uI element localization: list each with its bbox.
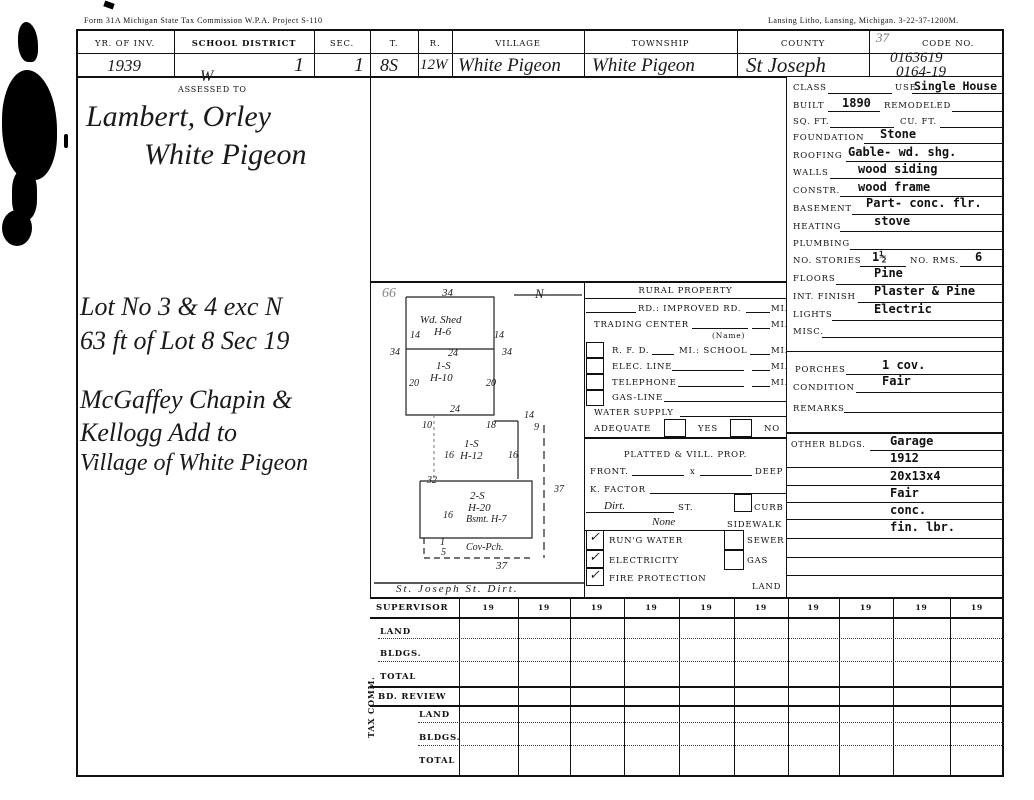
label-yes: YES	[698, 424, 718, 434]
legal-line: Village of White Pigeon	[80, 450, 308, 477]
label-deep: DEEP	[755, 467, 783, 477]
lights-value[interactable]: Electric	[874, 302, 932, 316]
label-mi: MI.	[771, 362, 788, 372]
label-t: T.	[370, 39, 418, 49]
year-header: 19	[459, 603, 518, 612]
printer-note: Lansing Litho, Lansing, Michigan. 3-22-3…	[768, 16, 959, 25]
township-value[interactable]: White Pigeon	[592, 55, 695, 77]
dim: 5	[441, 547, 446, 558]
label-no-rms: NO. RMS.	[910, 256, 959, 266]
label-basement: BASEMENT	[793, 204, 852, 214]
label-sidewalk: SIDEWALK	[727, 520, 782, 530]
legal-line: Kellogg Add to	[80, 418, 237, 448]
column-divider	[734, 599, 735, 777]
column-divider	[839, 599, 840, 777]
other-bldgs-line[interactable]: 1912	[890, 451, 919, 465]
label-gas: GAS	[747, 556, 768, 566]
label-constr: CONSTR.	[793, 186, 840, 196]
label-heating: HEATING	[793, 222, 841, 232]
check-mark: ✓	[589, 529, 600, 545]
legal-line: 63 ft of Lot 8 Sec 19	[80, 326, 289, 356]
other-bldgs-line[interactable]: 20x13x4	[890, 469, 941, 483]
label-adequate: ADEQUATE	[594, 424, 651, 434]
adequate-yes-checkbox[interactable]	[664, 419, 686, 437]
label-mi-school: MI.: SCHOOL	[679, 346, 747, 356]
label-mi: MI.	[771, 320, 788, 330]
label-tax-comm: TAX COMM.	[366, 698, 376, 738]
legal-line: Lot No 3 & 4 exc N	[80, 292, 282, 322]
column-divider	[679, 599, 680, 777]
label-supervisor: SUPERVISOR	[376, 603, 448, 613]
rural-title: RURAL PROPERTY	[585, 286, 786, 296]
label-rfd: R. F. D.	[612, 346, 649, 356]
column-divider	[518, 599, 519, 777]
label-yr-of-inv: YR. OF INV.	[76, 39, 174, 49]
dim: 9	[534, 422, 539, 433]
label-class: CLASS	[793, 83, 827, 93]
stories-value[interactable]: 1½	[872, 250, 886, 264]
dim: 24	[448, 348, 458, 359]
gas-line-checkbox[interactable]	[586, 390, 604, 406]
other-bldgs-line[interactable]: Garage	[890, 434, 933, 448]
label-remodeled: REMODELED	[884, 101, 951, 111]
sketch-corner: 66	[382, 286, 396, 302]
year-header: 19	[518, 603, 570, 612]
adequate-no-checkbox[interactable]	[730, 419, 752, 437]
column-divider	[788, 599, 789, 777]
condition-value[interactable]: Fair	[882, 374, 911, 388]
label-rd-improved: RD.: IMPROVED RD.	[638, 304, 741, 314]
label-land: LAND	[752, 582, 781, 592]
label-misc: MISC.	[793, 327, 824, 337]
code-note: 37	[876, 30, 889, 46]
label-int-finish: INT. FINISH	[793, 292, 856, 302]
label-fire-protection: FIRE PROTECTION	[609, 574, 706, 584]
label-built: BUILT	[793, 101, 824, 111]
label-floors: FLOORS	[793, 274, 836, 284]
label-condition: CONDITION	[793, 383, 855, 393]
dim: 14	[494, 330, 504, 341]
label-running-water: RUN'G WATER	[609, 536, 683, 546]
dim: 34	[442, 287, 453, 299]
form-title: Form 31A Michigan State Tax Commission W…	[84, 16, 323, 25]
room-label: 2-S	[470, 490, 485, 502]
r-value[interactable]: 12W	[420, 57, 448, 74]
other-bldgs-line[interactable]: Fair	[890, 486, 919, 500]
label-front: FRONT.	[590, 467, 629, 477]
heating-value[interactable]: stove	[874, 214, 910, 228]
label-plumbing: PLUMBING	[793, 239, 850, 249]
roofing-value[interactable]: Gable- wd. shg.	[848, 145, 956, 159]
room-height: H-6	[434, 326, 451, 338]
label-water-supply: WATER SUPPLY	[594, 408, 674, 418]
label-lights: LIGHTS	[793, 310, 833, 320]
room-label: 1-S	[436, 360, 451, 372]
label-tax-total: TOTAL	[419, 756, 455, 766]
label-no-stories: NO. STORIES	[793, 256, 861, 266]
year-header: 19	[839, 603, 893, 612]
year-value[interactable]: 1939	[84, 56, 164, 76]
dim: 34	[502, 347, 512, 358]
label-electricity: ELECTRICITY	[609, 556, 679, 566]
label-tax-land: LAND	[419, 710, 450, 720]
label-mi: MI.	[771, 378, 788, 388]
label-roofing: ROOFING	[793, 151, 842, 161]
label-walls: WALLS	[793, 168, 829, 178]
column-divider	[570, 599, 571, 777]
label-mi: MI.	[771, 304, 788, 314]
dim: 34	[390, 347, 400, 358]
check-mark: ✓	[589, 567, 600, 583]
label-bd-review: BD. REVIEW	[378, 692, 446, 702]
dim: 37	[496, 560, 507, 572]
label-k-factor: K. FACTOR	[590, 485, 646, 495]
elec-line-checkbox[interactable]	[586, 358, 604, 374]
dim: 37	[554, 484, 564, 495]
dim: 16	[443, 510, 453, 521]
dim: 14	[410, 330, 420, 341]
assessed-place[interactable]: White Pigeon	[144, 138, 306, 172]
label-total: TOTAL	[380, 672, 416, 682]
label-cu-ft: CU. FT.	[900, 117, 937, 127]
room-label: 1-S	[464, 438, 479, 450]
check-mark: ✓	[589, 549, 600, 565]
floors-value[interactable]: Pine	[874, 266, 903, 280]
year-header: 19	[893, 603, 950, 612]
column-divider	[624, 599, 625, 777]
label-x: x	[690, 467, 696, 477]
dim: 16	[444, 450, 454, 461]
dim: 20	[409, 378, 419, 389]
label-county: COUNTY	[737, 39, 869, 49]
label-tax-bldgs: BLDGS.	[419, 733, 460, 743]
rfd-checkbox[interactable]	[586, 342, 604, 358]
telephone-checkbox[interactable]	[586, 374, 604, 390]
school-district-value[interactable]: 1	[294, 54, 304, 77]
label-bldgs: BLDGS.	[380, 649, 421, 659]
label-land: LAND	[380, 627, 411, 637]
other-bldgs-line[interactable]: conc.	[890, 503, 926, 517]
year-header: 19	[734, 603, 788, 612]
foundation-value[interactable]: Stone	[880, 127, 916, 141]
label-gas-line: GAS-LINE	[612, 393, 663, 403]
year-header: 19	[570, 603, 624, 612]
label-sq-ft: SQ. FT.	[793, 117, 829, 127]
label-township: TOWNSHIP	[584, 39, 737, 49]
room-label: Wd. Shed	[420, 314, 462, 326]
label-elec-line: ELEC. LINE	[612, 362, 672, 372]
label-name-hint: (Name)	[712, 331, 745, 340]
label-telephone: TELEPHONE	[612, 378, 677, 388]
label-mi: MI.	[771, 346, 788, 356]
label-curb: CURB	[754, 503, 784, 513]
label-remarks: REMARKS	[793, 404, 845, 414]
basement-value[interactable]: Part- conc. flr.	[866, 196, 982, 210]
constr-value[interactable]: wood frame	[858, 180, 930, 194]
int-finish-value[interactable]: Plaster & Pine	[874, 284, 975, 298]
walls-value[interactable]: wood siding	[858, 162, 937, 176]
dim: 32	[427, 475, 437, 486]
use-value[interactable]: Single House	[914, 79, 997, 93]
room-height: H-12	[460, 450, 483, 462]
room-height: H-10	[430, 372, 453, 384]
curb-checkbox[interactable]	[734, 494, 752, 512]
label-no: NO	[764, 424, 780, 434]
dim: 24	[450, 404, 460, 415]
village-value[interactable]: White Pigeon	[458, 55, 561, 77]
label-village: VILLAGE	[452, 39, 584, 49]
room-height: H-20	[468, 502, 491, 514]
t-value[interactable]: 8S	[380, 55, 398, 76]
year-header: 19	[679, 603, 734, 612]
year-header: 19	[788, 603, 839, 612]
sec-value[interactable]: 1	[354, 54, 364, 77]
label-other-bldgs: OTHER BLDGS.	[791, 440, 866, 449]
label-st: ST.	[678, 503, 693, 513]
year-header: 19	[624, 603, 679, 612]
built-value[interactable]: 1890	[842, 96, 871, 110]
street-label: St. Joseph St. Dirt.	[396, 583, 519, 595]
sewer-checkbox[interactable]	[724, 530, 744, 550]
label-porches: PORCHES	[795, 365, 846, 375]
legal-line: McGaffey Chapin &	[80, 385, 292, 415]
assessed-name[interactable]: Lambert, Orley	[86, 100, 271, 134]
other-bldgs-line[interactable]: fin. lbr.	[890, 520, 955, 534]
column-divider	[893, 599, 894, 777]
label-assessed-to: ASSESSED TO	[178, 85, 247, 94]
rooms-value[interactable]: 6	[975, 250, 982, 264]
north-marker: N	[535, 286, 544, 302]
gas-checkbox[interactable]	[724, 550, 744, 570]
dim: 14	[524, 410, 534, 421]
porches-value[interactable]: 1 cov.	[882, 358, 925, 372]
column-divider	[459, 599, 460, 777]
assessed-mark: W	[200, 68, 213, 86]
room-basement: Bsmt. H-7	[466, 514, 507, 525]
dim: 18	[486, 420, 496, 431]
label-r: R.	[418, 39, 452, 49]
label-foundation: FOUNDATION	[793, 133, 864, 143]
sidewalk-value[interactable]: None	[652, 516, 675, 528]
label-school-district: SCHOOL DISTRICT	[174, 39, 314, 49]
column-divider	[950, 599, 951, 777]
year-header: 19	[950, 603, 1004, 612]
county-value[interactable]: St Joseph	[746, 53, 826, 78]
dim: 20	[486, 378, 496, 389]
dim: 16	[508, 450, 518, 461]
label-trading-center: TRADING CENTER	[594, 320, 689, 330]
room-label: Cov-Pch.	[466, 542, 504, 553]
street-value[interactable]: Dirt.	[604, 500, 625, 512]
dim: 10	[422, 420, 432, 431]
label-sewer: SEWER	[747, 536, 784, 546]
label-sec: SEC.	[314, 39, 370, 49]
platted-title: PLATTED & VILL. PROP.	[585, 450, 786, 460]
label-code-no: CODE NO.	[922, 39, 974, 49]
